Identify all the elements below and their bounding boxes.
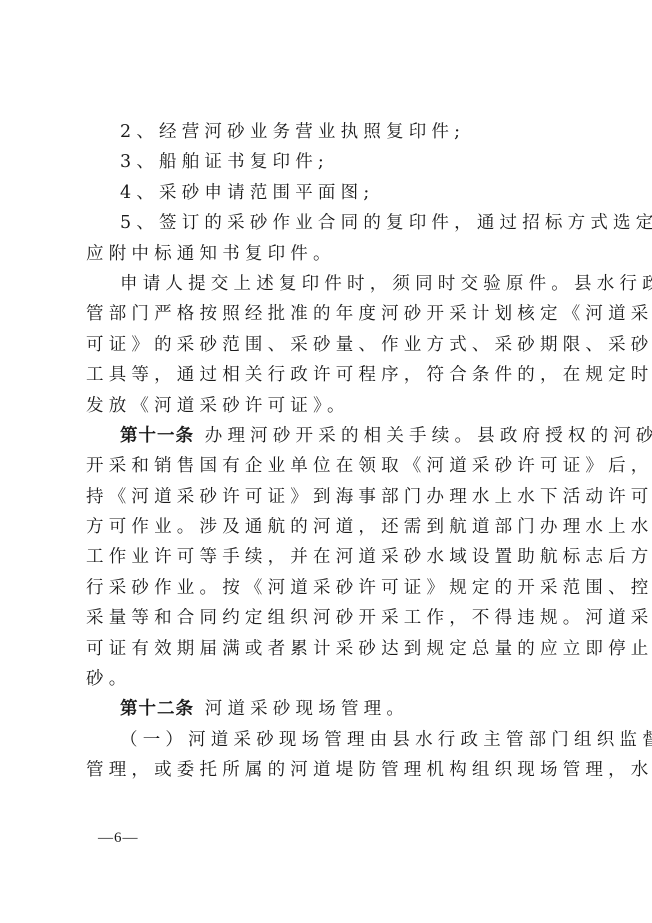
paragraph-line: 持《河道采砂许可证》到海事部门办理水上水下活动许可证后 (86, 482, 564, 512)
list-item-5-cont: 应附中标通知书复印件。 (86, 239, 564, 269)
document-body: 2、经营河砂业务营业执照复印件; 3、船舶证书复印件; 4、采砂申请范围平面图;… (86, 117, 564, 786)
paragraph-line: 可证》的采砂范围、采砂量、作业方式、采砂期限、采砂作业 (86, 330, 564, 360)
paragraph-line: 方可作业。涉及通航的河道，还需到航道部门办理水上水下施 (86, 512, 564, 542)
list-item-2: 2、经营河砂业务营业执照复印件; (86, 117, 564, 147)
paragraph-line: 申请人提交上述复印件时，须同时交验原件。县水行政主 (86, 269, 564, 299)
article-12-text: 河道采砂现场管理。 (194, 699, 409, 719)
paragraph-line: 工具等，通过相关行政许可程序，符合条件的，在规定时间内 (86, 360, 564, 390)
paragraph-line: 管部门严格按照经批准的年度河砂开采计划核定《河道采砂许 (86, 299, 564, 329)
article-12-heading: 第十二条 (120, 699, 194, 719)
paragraph-line: 采量等和合同约定组织河砂开采工作，不得违规。河道采砂许 (86, 603, 564, 633)
paragraph-line: 行采砂作业。按《河道采砂许可证》规定的开采范围、控制开 (86, 573, 564, 603)
list-item-4: 4、采砂申请范围平面图; (86, 178, 564, 208)
page-number: —6— (98, 830, 139, 847)
paragraph-line: （一）河道采砂现场管理由县水行政主管部门组织监督和 (86, 725, 564, 755)
paragraph-line: 可证有效期届满或者累计采砂达到规定总量的应立即停止采 (86, 634, 564, 664)
article-11-text: 办理河砂开采的相关手续。县政府授权的河砂 (194, 426, 652, 446)
paragraph-line: 开采和销售国有企业单位在领取《河道采砂许可证》后，应当 (86, 451, 564, 481)
paragraph-line: 工作业许可等手续，并在河道采砂水域设置助航标志后方可进 (86, 542, 564, 572)
list-item-3: 3、船舶证书复印件; (86, 147, 564, 177)
document-page: 2、经营河砂业务营业执照复印件; 3、船舶证书复印件; 4、采砂申请范围平面图;… (0, 0, 652, 923)
article-11-line: 第十一条 办理河砂开采的相关手续。县政府授权的河砂 (86, 421, 564, 451)
article-12-line: 第十二条 河道采砂现场管理。 (86, 694, 564, 724)
article-11-heading: 第十一条 (120, 426, 194, 446)
paragraph-line: 发放《河道采砂许可证》。 (86, 391, 564, 421)
paragraph-line: 管理，或委托所属的河道堤防管理机构组织现场管理，水行政 (86, 755, 564, 785)
paragraph-line: 砂。 (86, 664, 564, 694)
list-item-5: 5、签订的采砂作业合同的复印件，通过招标方式选定的还 (86, 208, 564, 238)
